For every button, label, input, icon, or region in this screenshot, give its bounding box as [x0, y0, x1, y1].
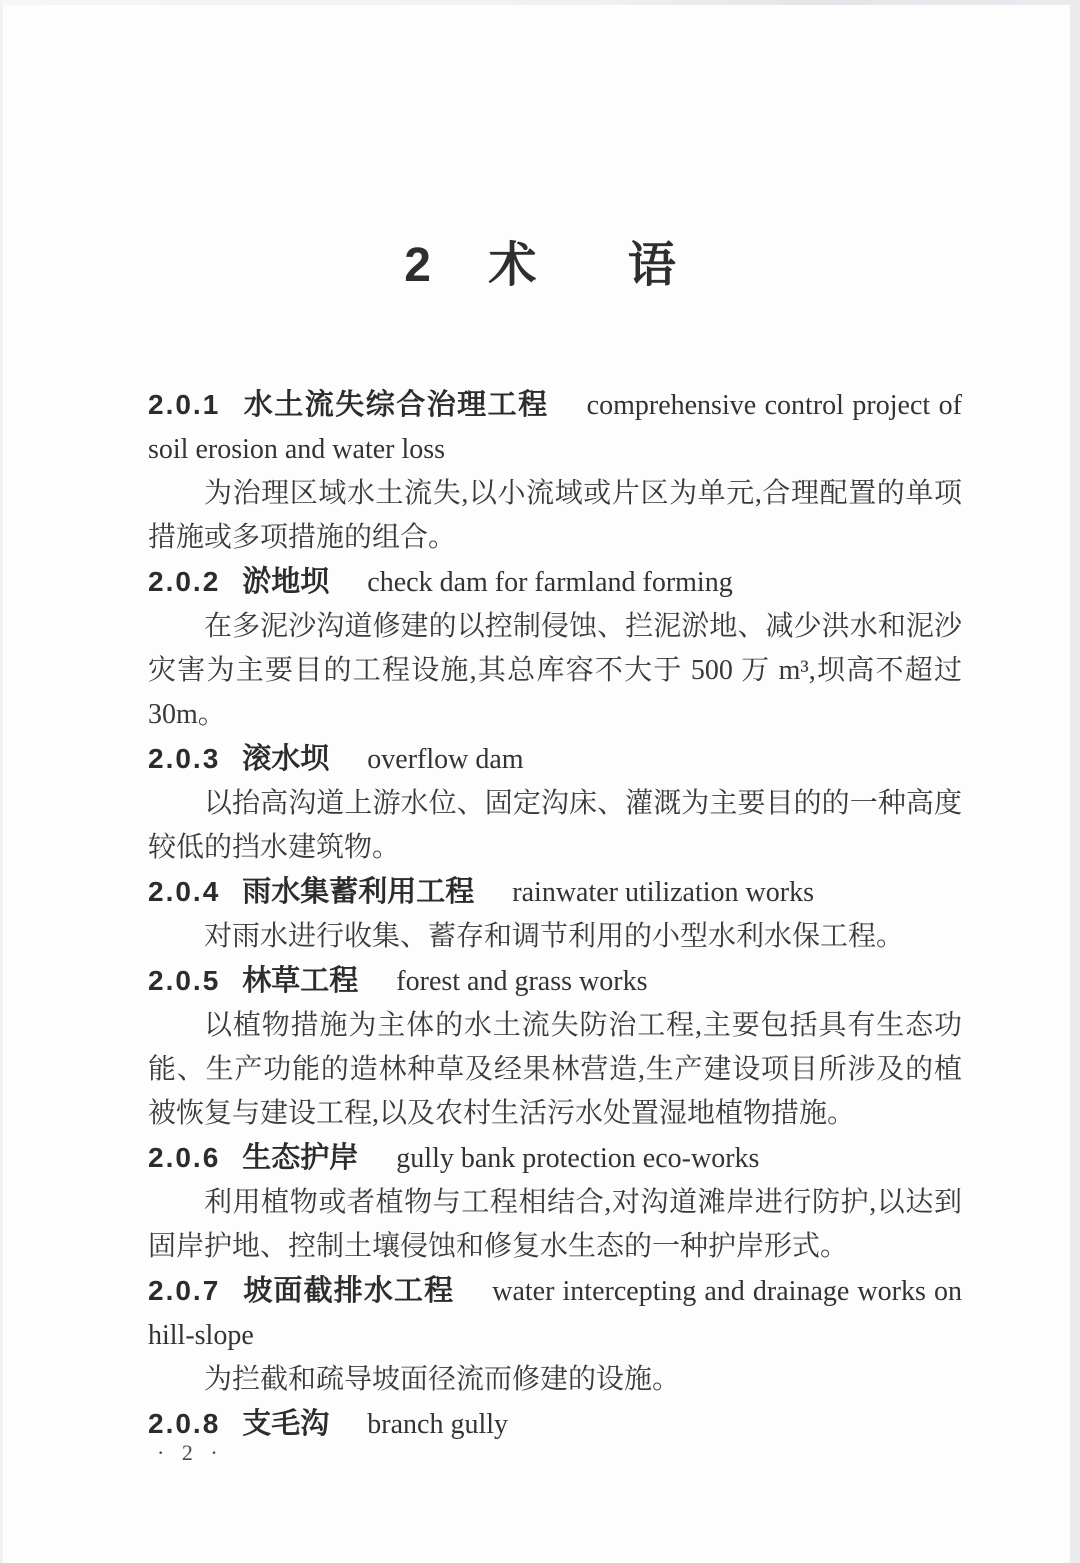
- term-heading: 2.0.1水土流失综合治理工程comprehensive control pro…: [148, 383, 962, 472]
- section-number: 2: [404, 239, 431, 292]
- term-number: 2.0.8: [148, 1408, 220, 1439]
- term-number: 2.0.5: [148, 965, 220, 996]
- term-heading: 2.0.2淤地坝check dam for farmland forming: [148, 560, 962, 605]
- term-number: 2.0.1: [148, 389, 220, 420]
- term-number: 2.0.7: [148, 1275, 220, 1306]
- title-char-1: 术: [488, 239, 536, 292]
- term-zh: 坡面截排水工程: [242, 1275, 454, 1307]
- term-zh: 林草工程: [242, 965, 358, 997]
- term-definition: 在多泥沙沟道修建的以控制侵蚀、拦泥淤地、减少洪水和泥沙灾害为主要目的工程设施,其…: [148, 605, 962, 737]
- term-en: overflow dam: [367, 744, 523, 775]
- term-definition: 为治理区域水土流失,以小流域或片区为单元,合理配置的单项措施或多项措施的组合。: [148, 472, 962, 560]
- term-zh: 生态护岸: [242, 1142, 358, 1174]
- term-en: check dam for farmland forming: [367, 567, 732, 598]
- term-en: gully bank protection eco-works: [396, 1143, 759, 1174]
- scan-edge-left: [0, 0, 3, 1563]
- page-number: · 2 ·: [157, 1438, 224, 1468]
- term-zh: 雨水集蓄利用工程: [242, 876, 474, 908]
- term-definition: 为拦截和疏导坡面径流而修建的设施。: [148, 1358, 962, 1402]
- terminology-list: 2.0.1水土流失综合治理工程comprehensive control pro…: [148, 383, 962, 1447]
- term-en: branch gully: [367, 1409, 508, 1440]
- term-en: forest and grass works: [396, 966, 647, 997]
- page-title: 2 术 语: [0, 236, 1080, 296]
- term-number: 2.0.4: [148, 876, 220, 907]
- term-zh: 水土流失综合治理工程: [242, 389, 548, 421]
- term-heading: 2.0.4雨水集蓄利用工程rainwater utilization works: [148, 870, 962, 915]
- document-page: 2 术 语 2.0.1水土流失综合治理工程comprehensive contr…: [0, 0, 1080, 1563]
- term-zh: 支毛沟: [242, 1408, 329, 1440]
- term-zh: 滚水坝: [242, 743, 329, 775]
- term-heading: 2.0.7坡面截排水工程water intercepting and drain…: [148, 1269, 962, 1358]
- title-char-2: 语: [628, 239, 676, 292]
- term-heading: 2.0.6生态护岸gully bank protection eco-works: [148, 1136, 962, 1181]
- term-number: 2.0.6: [148, 1142, 220, 1173]
- term-en: rainwater utilization works: [512, 877, 814, 908]
- term-definition: 以植物措施为主体的水土流失防治工程,主要包括具有生态功能、生产功能的造林种草及经…: [148, 1004, 962, 1136]
- scan-edge-top: [0, 0, 1080, 5]
- term-definition: 对雨水进行收集、蓄存和调节利用的小型水利水保工程。: [148, 915, 962, 959]
- term-heading: 2.0.3滚水坝overflow dam: [148, 737, 962, 782]
- term-number: 2.0.3: [148, 743, 220, 774]
- term-definition: 利用植物或者植物与工程相结合,对沟道滩岸进行防护,以达到固岸护地、控制土壤侵蚀和…: [148, 1181, 962, 1269]
- term-number: 2.0.2: [148, 566, 220, 597]
- term-definition: 以抬高沟道上游水位、固定沟床、灌溉为主要目的的一种高度较低的挡水建筑物。: [148, 782, 962, 870]
- term-heading: 2.0.5林草工程forest and grass works: [148, 959, 962, 1004]
- scan-edge-right: [1070, 0, 1080, 1563]
- term-heading: 2.0.8支毛沟branch gully: [148, 1402, 962, 1447]
- term-zh: 淤地坝: [242, 566, 329, 598]
